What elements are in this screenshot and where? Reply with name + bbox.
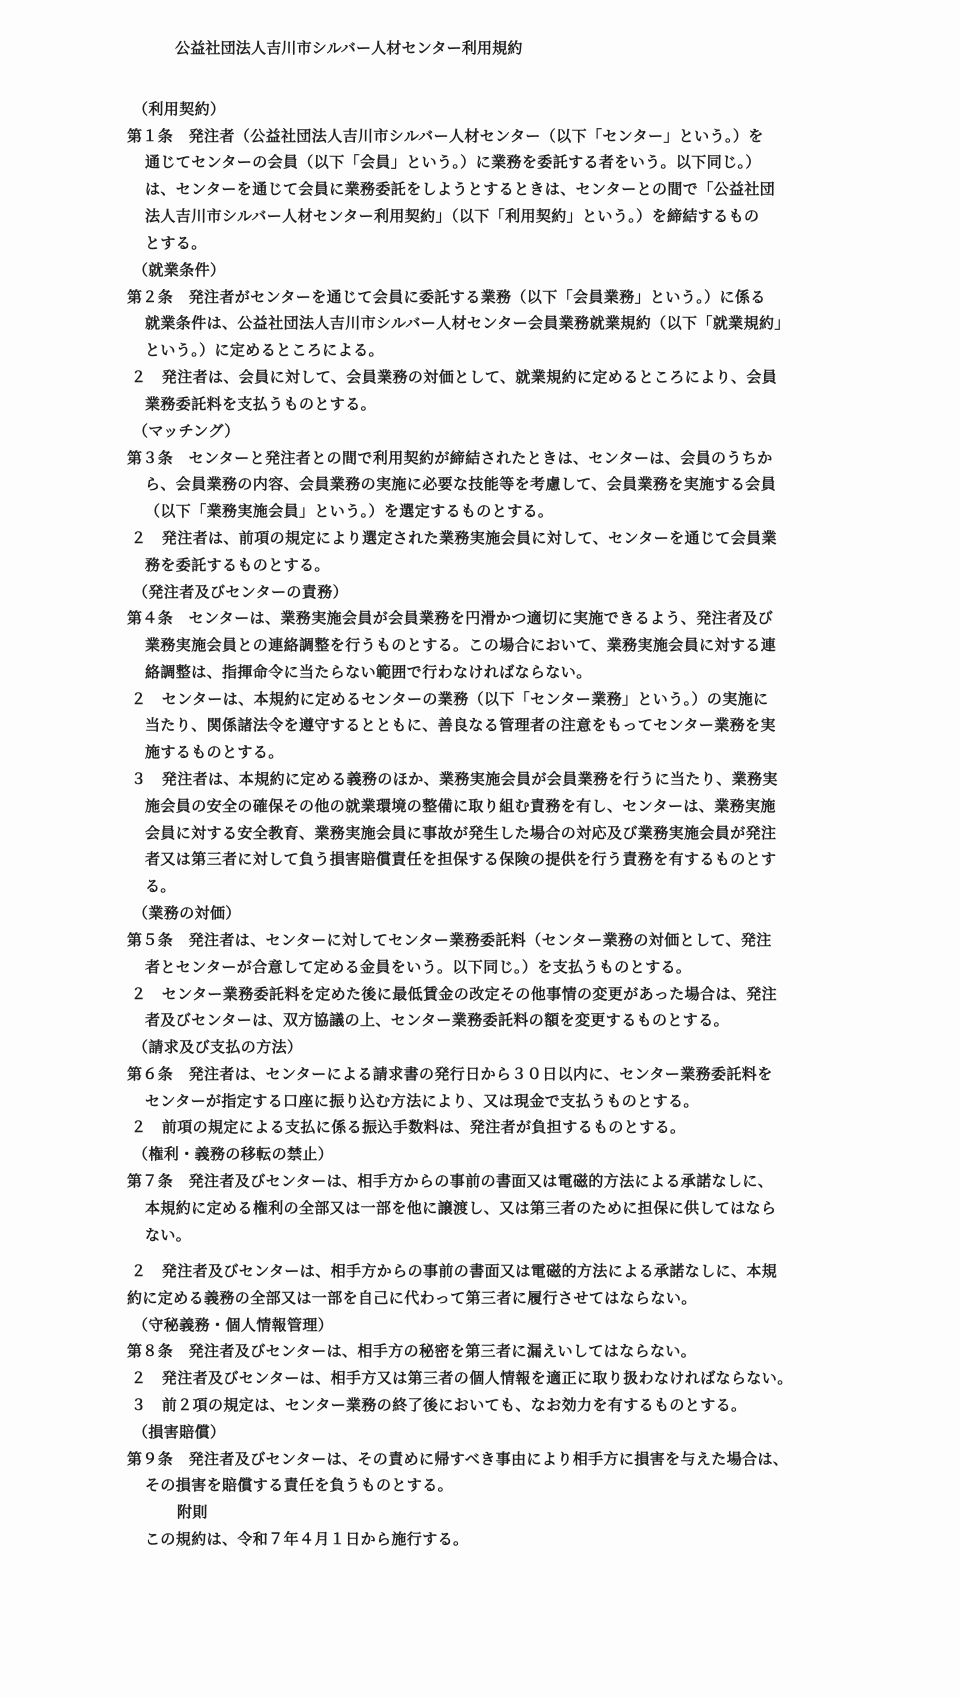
article-line: 第５条 発注者は、センターに対してセンター業務委託料（センター業務の対価として、… [127, 931, 772, 949]
text-line: ２ センターは、本規約に定めるセンターの業務（以下「センター業務」という。）の実… [131, 690, 769, 708]
text-line: 業務委託料を支払うものとする。 [145, 395, 376, 413]
text-line: とする。 [145, 234, 207, 252]
text-line: 者又は第三者に対して負う損害賠償責任を担保する保険の提供を行う責務を有するものと… [145, 850, 776, 868]
text-line: 施会員の安全の確保その他の就業環境の整備に取り組む責務を有し、センターは、業務実… [145, 797, 776, 815]
text-line: 本規約に定める権利の全部又は一部を他に譲渡し、又は第三者のために担保に供してはな… [145, 1199, 776, 1217]
text-line: 施するものとする。 [145, 743, 284, 761]
text-line: という。）に定めるところによる。 [145, 341, 384, 359]
text-line: ２ 発注者は、会員に対して、会員業務の対価として、就業規約に定めるところにより、… [131, 368, 777, 386]
text-line: 法人吉川市シルバー人材センター利用契約」（以下「利用契約」という。）を締結するも… [145, 207, 759, 225]
text-line: ２ 発注者及びセンターは、相手方からの事前の書面又は電磁的方法による承諾なしに、… [131, 1262, 777, 1280]
document-page: 公益社団法人吉川市シルバー人材センター利用規約 （利用契約）第１条 発注者（公益… [0, 0, 960, 1698]
text-line: 会員に対する安全教育、業務実施会員に事故が発生した場合の対応及び業務実施会員が発… [145, 824, 776, 842]
article-heading: （マッチング） [133, 422, 240, 440]
article-heading: （業務の対価） [133, 904, 241, 922]
text-line: ら、会員業務の内容、会員業務の実施に必要な技能等を考慮して、会員業務を実施する会… [145, 475, 776, 493]
text-line: その損害を賠償する責任を負うものとする。 [145, 1476, 453, 1494]
text-line: 就業条件は、公益社団法人吉川市シルバー人材センター会員業務就業規約（以下「就業規… [145, 314, 790, 332]
text-line: センターが指定する口座に振り込む方法により、又は現金で支払うものとする。 [145, 1092, 699, 1110]
article-line: 第３条 センターと発注者との間で利用契約が締結されたときは、センターは、会員のう… [127, 449, 773, 467]
article-line: 第８条 発注者及びセンターは、相手方の秘密を第三者に漏えいしてはならない。 [127, 1342, 696, 1360]
text-line: ２ 前項の規定による支払に係る振込手数料は、発注者が負担するものとする。 [131, 1118, 685, 1136]
text-line: 当たり、関係諸法令を遵守するとともに、善良なる管理者の注意をもってセンター業務を… [145, 716, 776, 734]
article-line: 第１条 発注者（公益社団法人吉川市シルバー人材センター（以下「センター」という。… [127, 127, 764, 145]
text-line: 附則 [177, 1503, 208, 1521]
text-line: 絡調整は、指揮命令に当たらない範囲で行わなければならない。 [145, 663, 592, 681]
article-line: 第９条 発注者及びセンターは、その責めに帰すべき事由により相手方に損害を与えた場… [127, 1450, 788, 1468]
article-line: 第７条 発注者及びセンターは、相手方からの事前の書面又は電磁的方法による承諾なし… [127, 1172, 773, 1190]
text-line: ３ 発注者は、本規約に定める義務のほか、業務実施会員が会員業務を行うに当たり、業… [131, 770, 778, 788]
article-heading: （権利・義務の移転の禁止） [133, 1145, 333, 1163]
text-line: （以下「業務実施会員」という。）を選定するものとする。 [145, 502, 553, 520]
text-line: ３ 前２項の規定は、センター業務の終了後においても、なお効力を有するものとする。 [131, 1396, 746, 1414]
document-title: 公益社団法人吉川市シルバー人材センター利用規約 [175, 39, 523, 57]
text-line: ２ 発注者及びセンターは、相手方又は第三者の個人情報を適正に取り扱わなければなら… [131, 1369, 793, 1387]
text-line: 務を委託するものとする。 [145, 556, 330, 574]
article-heading: （利用契約） [133, 100, 225, 118]
article-heading: （守秘義務・個人情報管理） [133, 1316, 333, 1334]
text-line: ２ 発注者は、前項の規定により選定された業務実施会員に対して、センターを通じて会… [131, 529, 777, 547]
text-line: は、センターを通じて会員に業務委託をしようとするときは、センターとの間で「公益社… [145, 180, 775, 198]
text-line: 業務実施会員との連絡調整を行うものとする。この場合において、業務実施会員に対する… [145, 636, 776, 654]
article-heading: （就業条件） [133, 261, 225, 279]
article-line: 第６条 発注者は、センターによる請求書の発行日から３０日以内に、センター業務委託… [127, 1065, 773, 1083]
text-line: ない。 [145, 1226, 191, 1244]
text-line: る。 [145, 877, 176, 895]
text-line: 約に定める義務の全部又は一部を自己に代わって第三者に履行させてはならない。 [127, 1289, 697, 1307]
article-heading: （損害賠償） [133, 1423, 225, 1441]
article-line: 第２条 発注者がセンターを通じて会員に委託する業務（以下「会員業務」という。）に… [127, 288, 766, 306]
text-line: ２ センター業務委託料を定めた後に最低賃金の改定その他事情の変更があった場合は、… [131, 985, 777, 1003]
text-line: この規約は、令和７年４月１日から施行する。 [145, 1530, 468, 1548]
article-line: 第４条 センターは、業務実施会員が会員業務を円滑かつ適切に実施できるよう、発注者… [127, 609, 773, 627]
text-line: 者とセンターが合意して定める金員をいう。以下同じ。）を支払うものとする。 [145, 958, 691, 976]
article-heading: （発注者及びセンターの責務） [133, 583, 348, 601]
text-line: 通じてセンターの会員（以下「会員」という。）に業務を委託する者をいう。以下同じ。… [145, 153, 761, 171]
text-line: 者及びセンターは、双方協議の上、センター業務委託料の額を変更するものとする。 [145, 1011, 729, 1029]
article-heading: （請求及び支払の方法） [133, 1038, 302, 1056]
